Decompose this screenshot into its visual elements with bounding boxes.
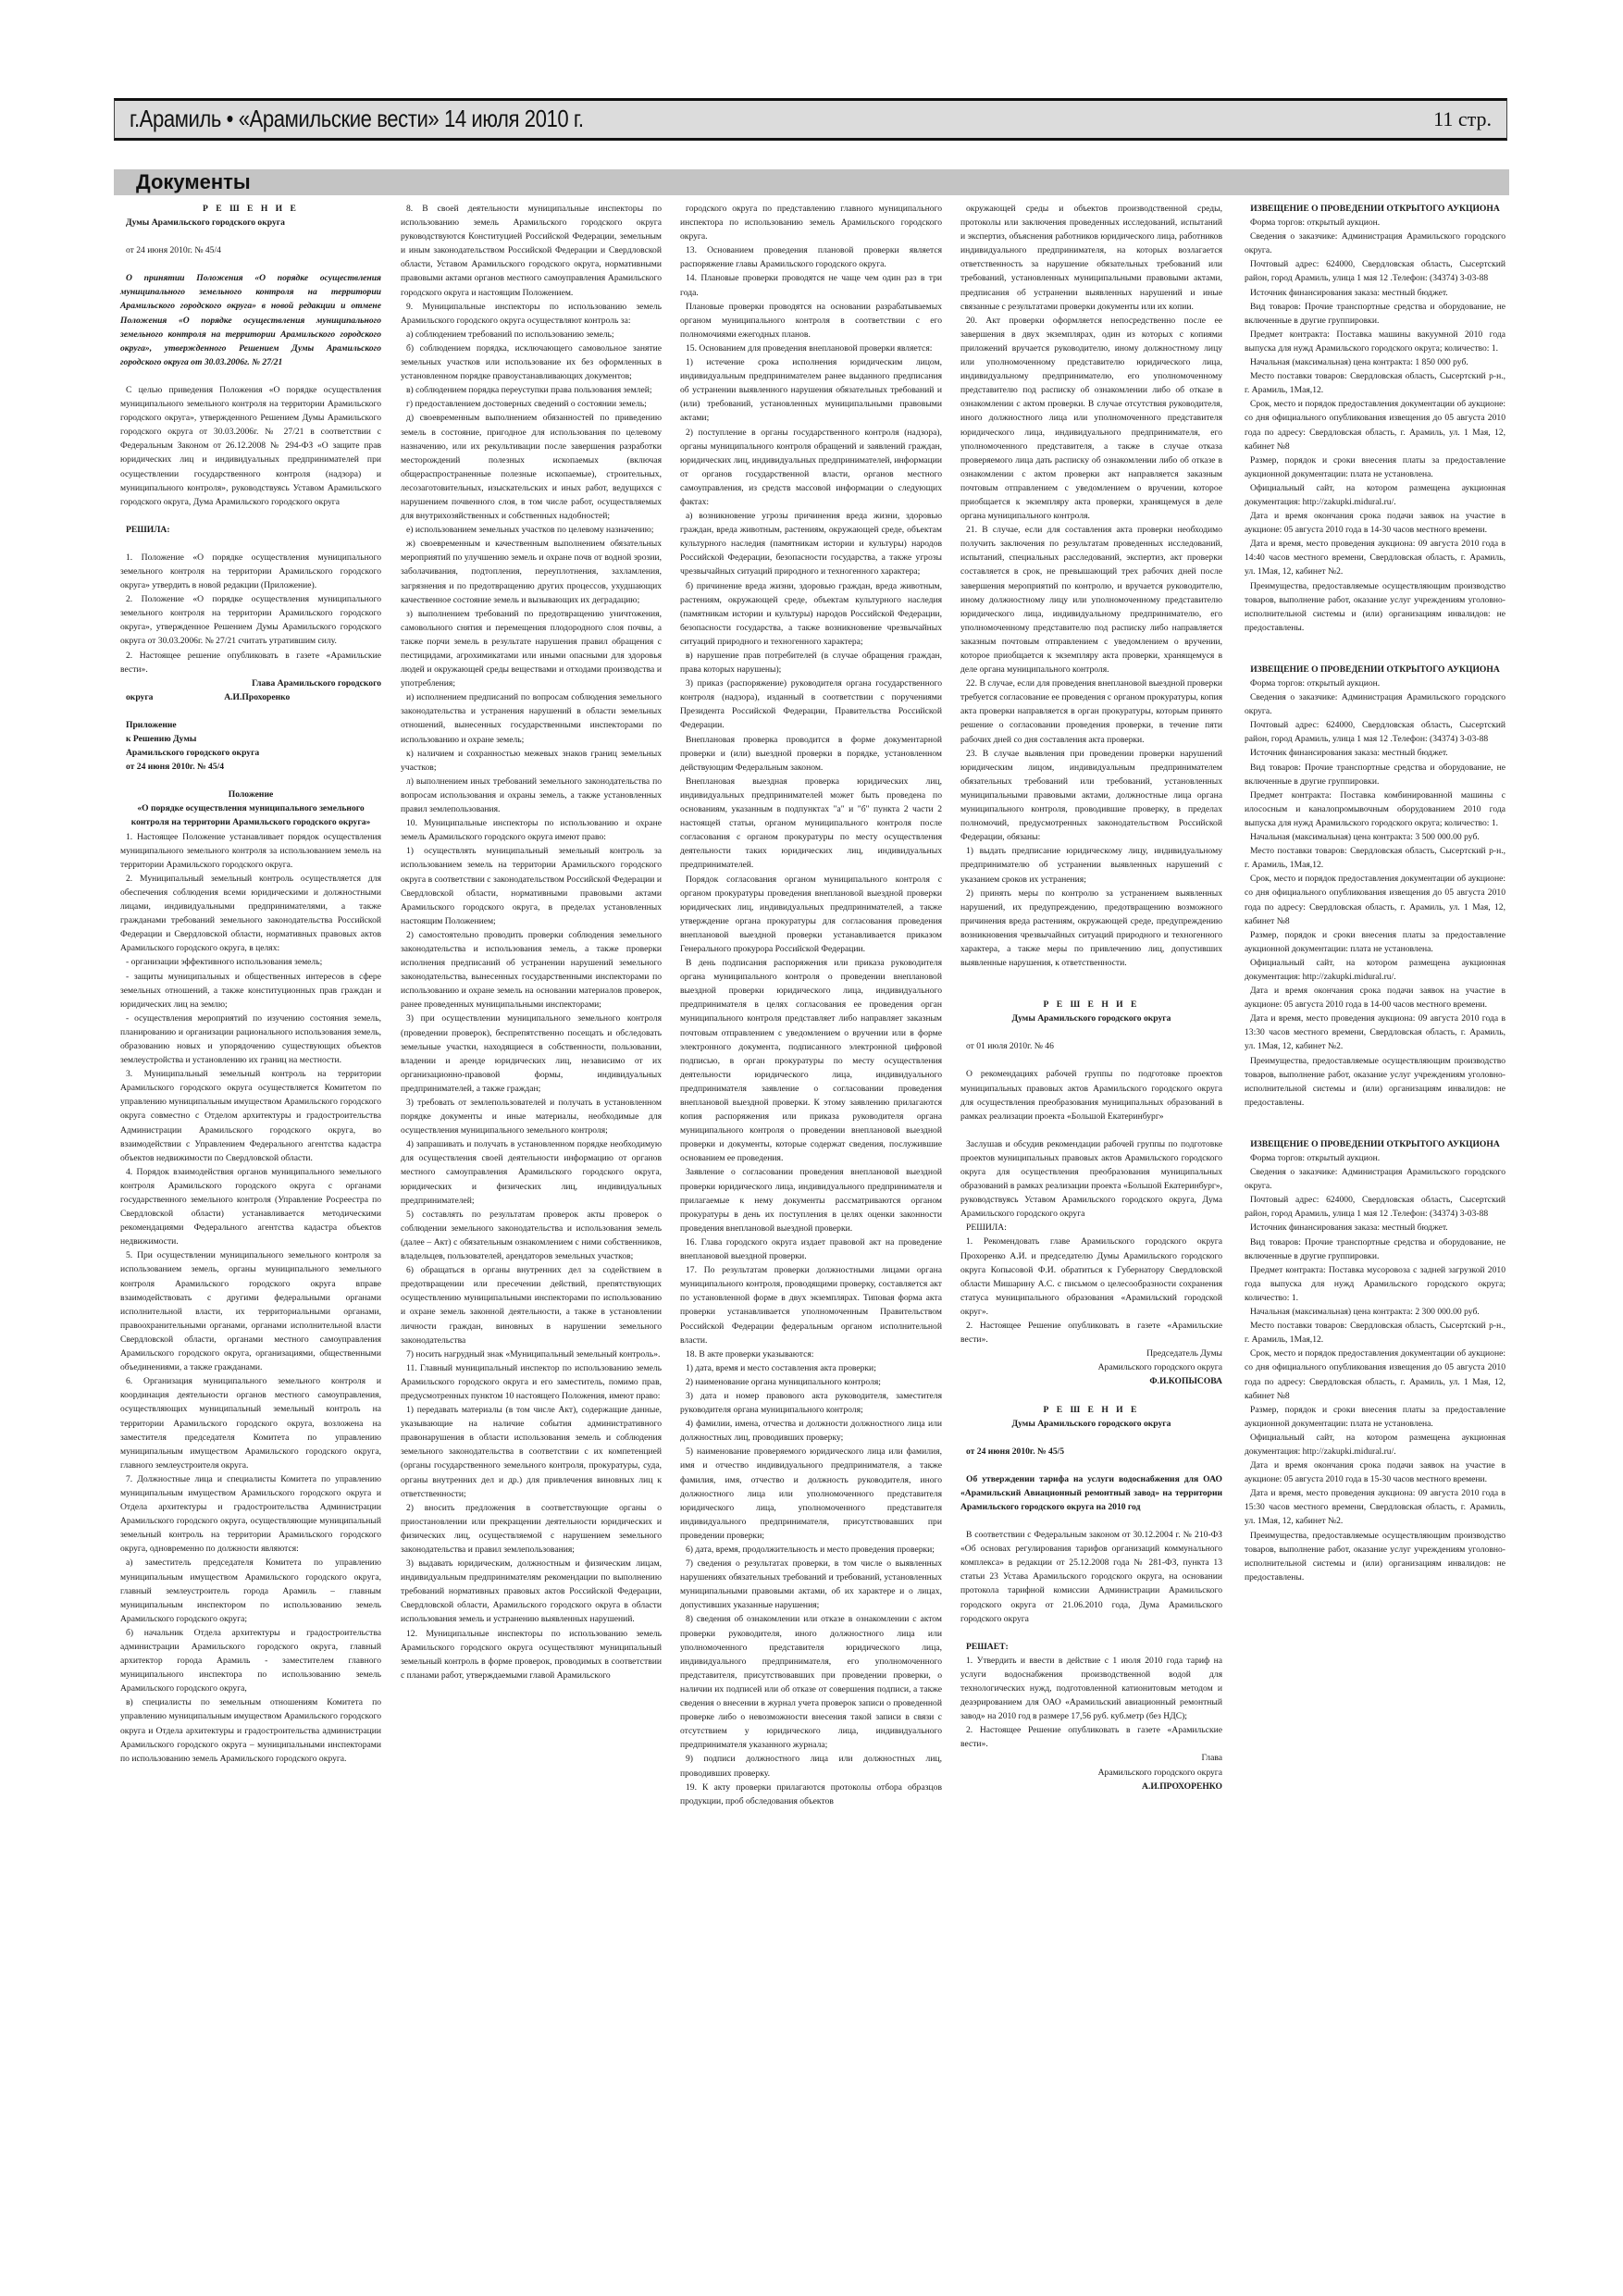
clause: 12. Муниципальные инспекторы по использо… — [401, 1627, 662, 1682]
decision-heading: Р Е Ш Е Н И Е — [120, 202, 381, 216]
clause: д) своевременным выполнением обязанносте… — [401, 411, 662, 523]
clause: 5) составлять по результатам проверок ак… — [401, 1208, 662, 1263]
page-number: 11 стр. — [1433, 107, 1492, 131]
clause: 13. Основанием проведения плановой прове… — [680, 243, 942, 271]
clause: 2. Муниципальный земельный контроль осущ… — [120, 872, 381, 956]
notice-field: Дата и время, место проведения аукциона:… — [1245, 1011, 1505, 1053]
clause: 10. Муниципальные инспекторы по использо… — [401, 816, 662, 844]
clause: 3) при осуществлении муниципального земе… — [401, 1011, 662, 1096]
notice-field: Дата и время окончания срока подачи заяв… — [1245, 509, 1505, 537]
decision-heading: Р Е Ш Е Н И Е — [960, 1403, 1222, 1417]
resolved-label: РЕШАЕТ: — [960, 1640, 1222, 1654]
notice-field: Дата и время окончания срока подачи заяв… — [1245, 1458, 1505, 1486]
notice-field: Предмет контракта: Поставка машины вакуу… — [1245, 328, 1505, 355]
clause: - осуществления мероприятий по изучению … — [120, 1011, 381, 1067]
signature: Глава Арамильского городского — [120, 676, 381, 690]
clause: В день подписания распоряжения или прика… — [680, 956, 942, 1165]
notice-field: Предмет контракта: Поставка комбинирован… — [1245, 788, 1505, 830]
notice-field: Вид товаров: Прочие транспортные средств… — [1245, 300, 1505, 328]
signature: Глава — [960, 1751, 1222, 1765]
preamble: В соответствии с Федеральным законом от … — [960, 1528, 1222, 1626]
clause: 2. Положение «О порядке осуществления му… — [120, 592, 381, 648]
section-title: Документы — [136, 170, 251, 194]
clause: 4) запрашивать и получать в установленно… — [401, 1137, 662, 1207]
clause: 9) подписи должностного лица или должнос… — [680, 1752, 942, 1780]
notice-field: Предмет контракта: Поставка мусоровоза с… — [1245, 1263, 1505, 1305]
clause: 2. Настоящее решение опубликовать в газе… — [120, 649, 381, 676]
decision-title: Об утверждении тарифа на услуги водоснаб… — [960, 1472, 1222, 1514]
signature: Арамильского городского округа — [960, 1766, 1222, 1780]
clause: Плановые проверки проводятся на основани… — [680, 300, 942, 341]
clause: 20. Акт проверки оформляется непосредств… — [960, 314, 1222, 523]
decision-issuer: Думы Арамильского городского округа — [960, 1417, 1222, 1431]
auction-notice: ИЗВЕЩЕНИЕ О ПРОВЕДЕНИИ ОТКРЫТОГО АУКЦИОН… — [1245, 1137, 1505, 1584]
clause: 22. В случае, если для проведения внепла… — [960, 676, 1222, 746]
clause: в) специалисты по земельным отношениям К… — [120, 1695, 381, 1765]
decision-date: от 24 июня 2010г. № 45/5 — [960, 1445, 1222, 1458]
clause: б) соблюдением порядка, исключающего сам… — [401, 341, 662, 383]
notice-field: Форма торгов: открытый аукцион. — [1245, 216, 1505, 230]
clause: 2) принять меры по контролю за устранени… — [960, 887, 1222, 971]
signature: Председатель Думы — [960, 1347, 1222, 1360]
clause: в) соблюдением порядка переуступки права… — [401, 383, 662, 397]
clause: 4. Порядок взаимодействия органов муници… — [120, 1165, 381, 1249]
clause: 14. Плановые проверки проводятся не чаще… — [680, 271, 942, 299]
decision-title: О принятии Положения «О порядке осуществ… — [120, 271, 381, 369]
notice-field: Начальная (максимальная) цена контракта:… — [1245, 1305, 1505, 1319]
clause: 1. Положение «О порядке осуществления му… — [120, 551, 381, 592]
notice-title: ИЗВЕЩЕНИЕ О ПРОВЕДЕНИИ ОТКРЫТОГО АУКЦИОН… — [1245, 663, 1505, 676]
notice-field: Дата и время, место проведения аукциона:… — [1245, 537, 1505, 578]
clause: г) предоставлением достоверных сведений … — [401, 397, 662, 411]
clause: 1. Утвердить и ввести в действие с 1 июл… — [960, 1654, 1222, 1723]
notice-field: Срок, место и порядок предоставления док… — [1245, 1347, 1505, 1402]
column-2: 8. В своей деятельности муниципальные ин… — [401, 202, 662, 1682]
decision-date: от 24 июня 2010г. № 45/4 — [120, 243, 381, 257]
decision-heading: Р Е Ш Е Н И Е — [960, 998, 1222, 1011]
clause: 2) самостоятельно проводить проверки соб… — [401, 928, 662, 1012]
clause: 6) дата, время, продолжительность и мест… — [680, 1543, 942, 1557]
notice-field: Размер, порядок и сроки внесения платы з… — [1245, 1403, 1505, 1431]
notice-field: Официальный сайт, на котором размещена а… — [1245, 481, 1505, 509]
clause: б) начальник Отдела архитектуры и градос… — [120, 1626, 381, 1695]
column-3: городского округа по представлению главн… — [680, 202, 942, 1808]
clause: 23. В случае выявления при проведении пр… — [960, 747, 1222, 845]
resolved-label: РЕШИЛА: — [120, 523, 381, 537]
notice-field: Официальный сайт, на котором размещена а… — [1245, 956, 1505, 984]
clause: в) нарушение прав потребителей (в случае… — [680, 649, 942, 676]
resolved-label: РЕШИЛА: — [960, 1221, 1222, 1235]
preamble: С целью приведения Положения «О порядке … — [120, 383, 381, 509]
notice-field: Место поставки товаров: Свердловская обл… — [1245, 844, 1505, 872]
appendix-label: от 24 июня 2010г. № 45/4 — [120, 760, 381, 774]
column-1: Р Е Ш Е Н И Е Думы Арамильского городско… — [120, 202, 381, 1766]
notice-field: Преимущества, предоставляемые осуществля… — [1245, 1529, 1505, 1584]
notice-field: Источник финансирования заказа: местный … — [1245, 286, 1505, 300]
page-masthead: г.Арамиль • «Арамильские вести» 14 июля … — [114, 98, 1507, 141]
clause: 7. Должностные лица и специалисты Комите… — [120, 1472, 381, 1557]
clause: а) заместитель председателя Комитета по … — [120, 1556, 381, 1625]
clause: б) причинение вреда жизни, здоровью граж… — [680, 579, 942, 649]
clause: 3. Муниципальный земельный контроль на т… — [120, 1067, 381, 1165]
signature: Арамильского городского округа — [960, 1360, 1222, 1374]
clause: 5) наименование проверяемого юридическог… — [680, 1445, 942, 1543]
signature-name: Ф.И.КОПЫСОВА — [960, 1374, 1222, 1388]
clause: 17. По результатам проверки должностными… — [680, 1263, 942, 1347]
notice-field: Вид товаров: Прочие транспортные средств… — [1245, 761, 1505, 788]
auction-notice: ИЗВЕЩЕНИЕ О ПРОВЕДЕНИИ ОТКРЫТОГО АУКЦИОН… — [1245, 202, 1505, 635]
clause: ж) своевременным и качественным выполнен… — [401, 537, 662, 606]
clause: к) наличием и сохранностью межевых знако… — [401, 747, 662, 775]
notice-field: Начальная (максимальная) цена контракта:… — [1245, 830, 1505, 844]
clause: 1. Настоящее Положение устанавливает пор… — [120, 830, 381, 872]
notice-field: Почтовый адрес: 624000, Свердловская обл… — [1245, 718, 1505, 746]
notice-field: Размер, порядок и сроки внесения платы з… — [1245, 453, 1505, 481]
clause: 8. В своей деятельности муниципальные ин… — [401, 202, 662, 300]
masthead-title: г.Арамиль • «Арамильские вести» 14 июля … — [130, 105, 584, 133]
clause: 15. Основанием для проведения внепланово… — [680, 341, 942, 355]
clause: Заявление о согласовании проведения внеп… — [680, 1165, 942, 1235]
clause: окружающей среды и объектов производстве… — [960, 202, 1222, 314]
clause: а) возникновение угрозы причинения вреда… — [680, 509, 942, 578]
notice-field: Форма торгов: открытый аукцион. — [1245, 1151, 1505, 1165]
clause: 1) выдать предписание юридическому лицу,… — [960, 844, 1222, 886]
clause: 2) вносить предложения в соответствующие… — [401, 1501, 662, 1557]
notice-title: ИЗВЕЩЕНИЕ О ПРОВЕДЕНИИ ОТКРЫТОГО АУКЦИОН… — [1245, 1137, 1505, 1151]
regulation-title: «О порядке осуществления муниципального … — [120, 801, 381, 829]
clause: Внеплановая проверка проводится в форме … — [680, 733, 942, 775]
decision-issuer: Думы Арамильского городского округа — [120, 216, 381, 230]
notice-field: Начальная (максимальная) цена контракта:… — [1245, 355, 1505, 369]
clause: л) выполнением иных требований земельног… — [401, 775, 662, 816]
appendix-label: Приложение — [120, 718, 381, 732]
decision-date: от 01 июля 2010г. № 46 — [960, 1039, 1222, 1053]
notice-field: Сведения о заказчике: Администрация Арам… — [1245, 230, 1505, 257]
clause: - организации эффективного использования… — [120, 955, 381, 969]
clause: городского округа по представлению главн… — [680, 202, 942, 243]
notice-field: Официальный сайт, на котором размещена а… — [1245, 1431, 1505, 1458]
column-4: окружающей среды и объектов производстве… — [960, 202, 1222, 1793]
auction-notice: ИЗВЕЩЕНИЕ О ПРОВЕДЕНИИ ОТКРЫТОГО АУКЦИОН… — [1245, 663, 1505, 1110]
preamble: Заслушав и обсудив рекомендации рабочей … — [960, 1137, 1222, 1222]
clause: е) использованием земельных участков по … — [401, 523, 662, 537]
clause: 5. При осуществлении муниципального земе… — [120, 1248, 381, 1374]
clause: 19. К акту проверки прилагаются протокол… — [680, 1781, 942, 1808]
appendix-label: Арамильского городского округа — [120, 746, 381, 760]
notice-field: Место поставки товаров: Свердловская обл… — [1245, 1319, 1505, 1347]
clause: 7) носить нагрудный знак «Муниципальный … — [401, 1347, 662, 1361]
regulation-heading: Положение — [120, 788, 381, 801]
column-5: ИЗВЕЩЕНИЕ О ПРОВЕДЕНИИ ОТКРЫТОГО АУКЦИОН… — [1245, 202, 1505, 1584]
section-header: Документы — [114, 169, 1509, 195]
notice-field: Срок, место и порядок предоставления док… — [1245, 872, 1505, 927]
clause: а) соблюдением требований по использован… — [401, 328, 662, 341]
clause: 4) фамилии, имена, отчества и должности … — [680, 1417, 942, 1445]
clause: Внеплановая выездная проверка юридически… — [680, 775, 942, 873]
decision-issuer: Думы Арамильского городского округа — [960, 1011, 1222, 1025]
clause: Порядок согласования органом муниципальн… — [680, 873, 942, 957]
notice-title: ИЗВЕЩЕНИЕ О ПРОВЕДЕНИИ ОТКРЫТОГО АУКЦИОН… — [1245, 202, 1505, 216]
clause: 3) требовать от землепользователей и пол… — [401, 1096, 662, 1137]
notice-field: Источник финансирования заказа: местный … — [1245, 746, 1505, 760]
clause: 11. Главный муниципальный инспектор по и… — [401, 1361, 662, 1403]
clause: 2. Настоящее Решение опубликовать в газе… — [960, 1319, 1222, 1347]
clause: 8) сведения об ознакомлении или отказе в… — [680, 1612, 942, 1752]
decision-title: О рекомендациях рабочей группы по подгот… — [960, 1067, 1222, 1123]
appendix-label: к Решению Думы — [120, 732, 381, 746]
clause: - защиты муниципальных и общественных ин… — [120, 970, 381, 1011]
clause: 6) обращаться в органы внутренних дел за… — [401, 1263, 662, 1347]
clause: 2. Настоящее Решение опубликовать в газе… — [960, 1723, 1222, 1751]
clause: 1) передавать материалы (в том числе Акт… — [401, 1403, 662, 1501]
clause: и) исполнением предписаний по вопросам с… — [401, 690, 662, 746]
clause: 7) сведения о результатах проверки, в то… — [680, 1557, 942, 1612]
clause: 9. Муниципальные инспекторы по использов… — [401, 300, 662, 328]
clause: 1. Рекомендовать главе Арамильского горо… — [960, 1235, 1222, 1319]
notice-field: Срок, место и порядок предоставления док… — [1245, 397, 1505, 453]
notice-field: Дата и время, место проведения аукциона:… — [1245, 1486, 1505, 1528]
clause: 2) поступление в органы государственного… — [680, 426, 942, 510]
clause: 21. В случае, если для составления акта … — [960, 523, 1222, 676]
notice-field: Сведения о заказчике: Администрация Арам… — [1245, 1165, 1505, 1193]
notice-field: Почтовый адрес: 624000, Свердловская обл… — [1245, 1193, 1505, 1221]
signature: округа А.И.Прохоренко — [120, 690, 381, 704]
notice-field: Преимущества, предоставляемые осуществля… — [1245, 1054, 1505, 1110]
notice-field: Почтовый адрес: 624000, Свердловская обл… — [1245, 257, 1505, 285]
clause: 3) приказ (распоряжение) руководителя ор… — [680, 676, 942, 732]
notice-field: Место поставки товаров: Свердловская обл… — [1245, 369, 1505, 397]
clause: 3) выдавать юридическим, должностным и ф… — [401, 1557, 662, 1626]
notice-field: Дата и время окончания срока подачи заяв… — [1245, 984, 1505, 1011]
notice-field: Сведения о заказчике: Администрация Арам… — [1245, 690, 1505, 718]
clause: 6. Организация муниципального земельного… — [120, 1374, 381, 1472]
clause: 1) дата, время и место составления акта … — [680, 1361, 942, 1375]
clause: з) выполнением требований по предотвраще… — [401, 607, 662, 691]
notice-field: Преимущества, предоставляемые осуществля… — [1245, 579, 1505, 635]
clause: 18. В акте проверки указываются: — [680, 1347, 942, 1361]
clause: 16. Глава городского округа издает право… — [680, 1235, 942, 1263]
notice-field: Источник финансирования заказа: местный … — [1245, 1221, 1505, 1235]
notice-field: Форма торгов: открытый аукцион. — [1245, 676, 1505, 690]
clause: 3) дата и номер правового акта руководит… — [680, 1389, 942, 1417]
clause: 1) осуществлять муниципальный земельный … — [401, 844, 662, 928]
notice-field: Вид товаров: Прочие транспортные средств… — [1245, 1235, 1505, 1263]
clause: 2) наименование органа муниципального ко… — [680, 1375, 942, 1389]
signature-name: А.И.ПРОХОРЕНКО — [960, 1780, 1222, 1793]
clause: 1) истечение срока исполнения юридически… — [680, 355, 942, 425]
notice-field: Размер, порядок и сроки внесения платы з… — [1245, 928, 1505, 956]
